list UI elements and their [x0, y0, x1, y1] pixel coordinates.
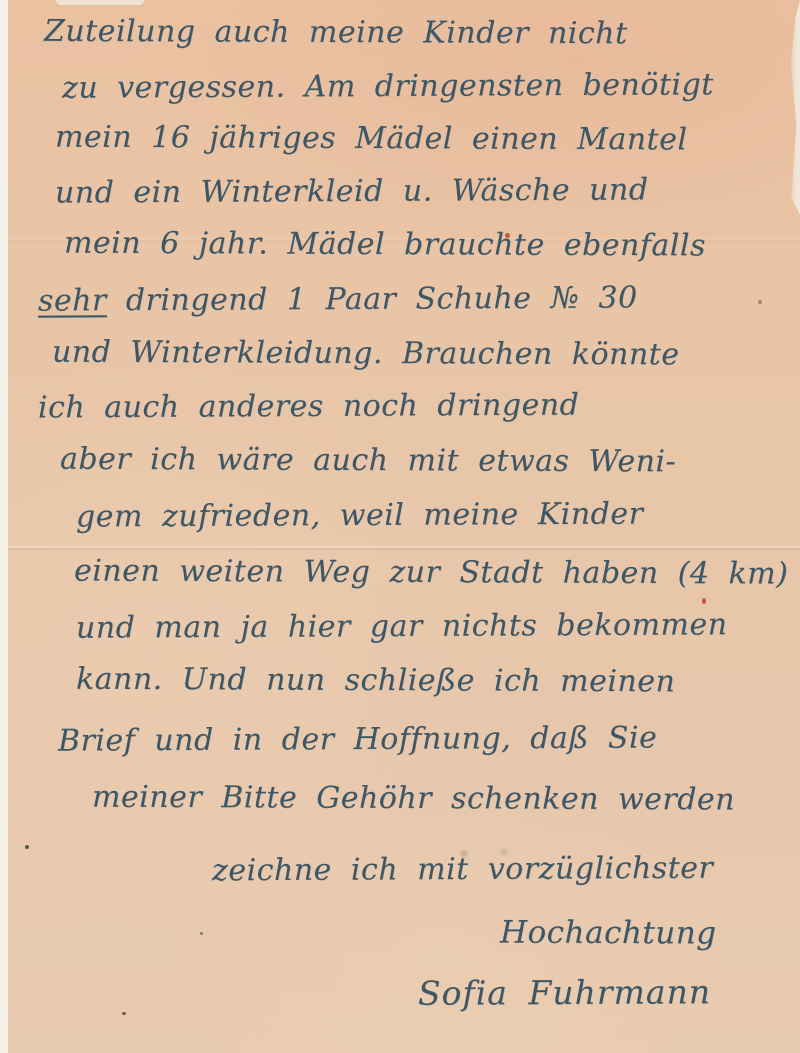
letter-line: aber ich wäre auch mit etwas Weni- [60, 445, 676, 478]
letter-line: kann. Und nun schließe ich meinen [76, 665, 676, 698]
paper-speck [702, 598, 706, 604]
letter-line-text: dringend 1 Paar Schuhe № 30 [107, 280, 638, 318]
scanned-letter-page: { "page": { "type": "scanned handwritten… [0, 0, 800, 1053]
letter-line: mein 16 jähriges Mädel einen Mantel [55, 123, 688, 156]
letter-line: und ein Winterkleid u. Wäsche und [55, 175, 649, 208]
paper-speck [25, 845, 29, 849]
fold-crease [8, 546, 800, 550]
letter-line: Zuteilung auch meine Kinder nicht [44, 17, 628, 50]
letter-line: und man ja hier gar nichts bekommen [76, 610, 728, 643]
letter-line: einen weiten Weg zur Stadt haben (4 km) [74, 556, 788, 589]
paper-speck [122, 1012, 126, 1015]
underlined-word: sehr [38, 283, 107, 318]
scan-margin [0, 0, 8, 1053]
letter-line: ich auch anderes noch dringend [38, 391, 579, 424]
letter-line: mein 6 jahr. Mädel brauchte ebenfalls [64, 229, 706, 262]
closing-line: zeichne ich mit vorzüglichster [212, 854, 713, 887]
closing-salutation: Hochachtung [500, 918, 717, 950]
letter-line: meiner Bitte Gehöhr schenken werden [92, 783, 735, 816]
letter-line: und Winterkleidung. Brauchen könnte [52, 338, 680, 371]
signature: Sofia Fuhrmann [418, 975, 711, 1010]
letter-line: gem zufrieden, weil meine Kinder [76, 500, 644, 533]
torn-edge-top [56, 0, 144, 5]
letter-line: Brief und in der Hoffnung, daß Sie [58, 723, 657, 756]
paper-speck [200, 932, 203, 935]
letter-line: zu vergessen. Am dringensten benötigt [62, 70, 714, 103]
paper-speck [758, 300, 762, 304]
letter-line: sehr dringend 1 Paar Schuhe № 30 [38, 283, 638, 316]
